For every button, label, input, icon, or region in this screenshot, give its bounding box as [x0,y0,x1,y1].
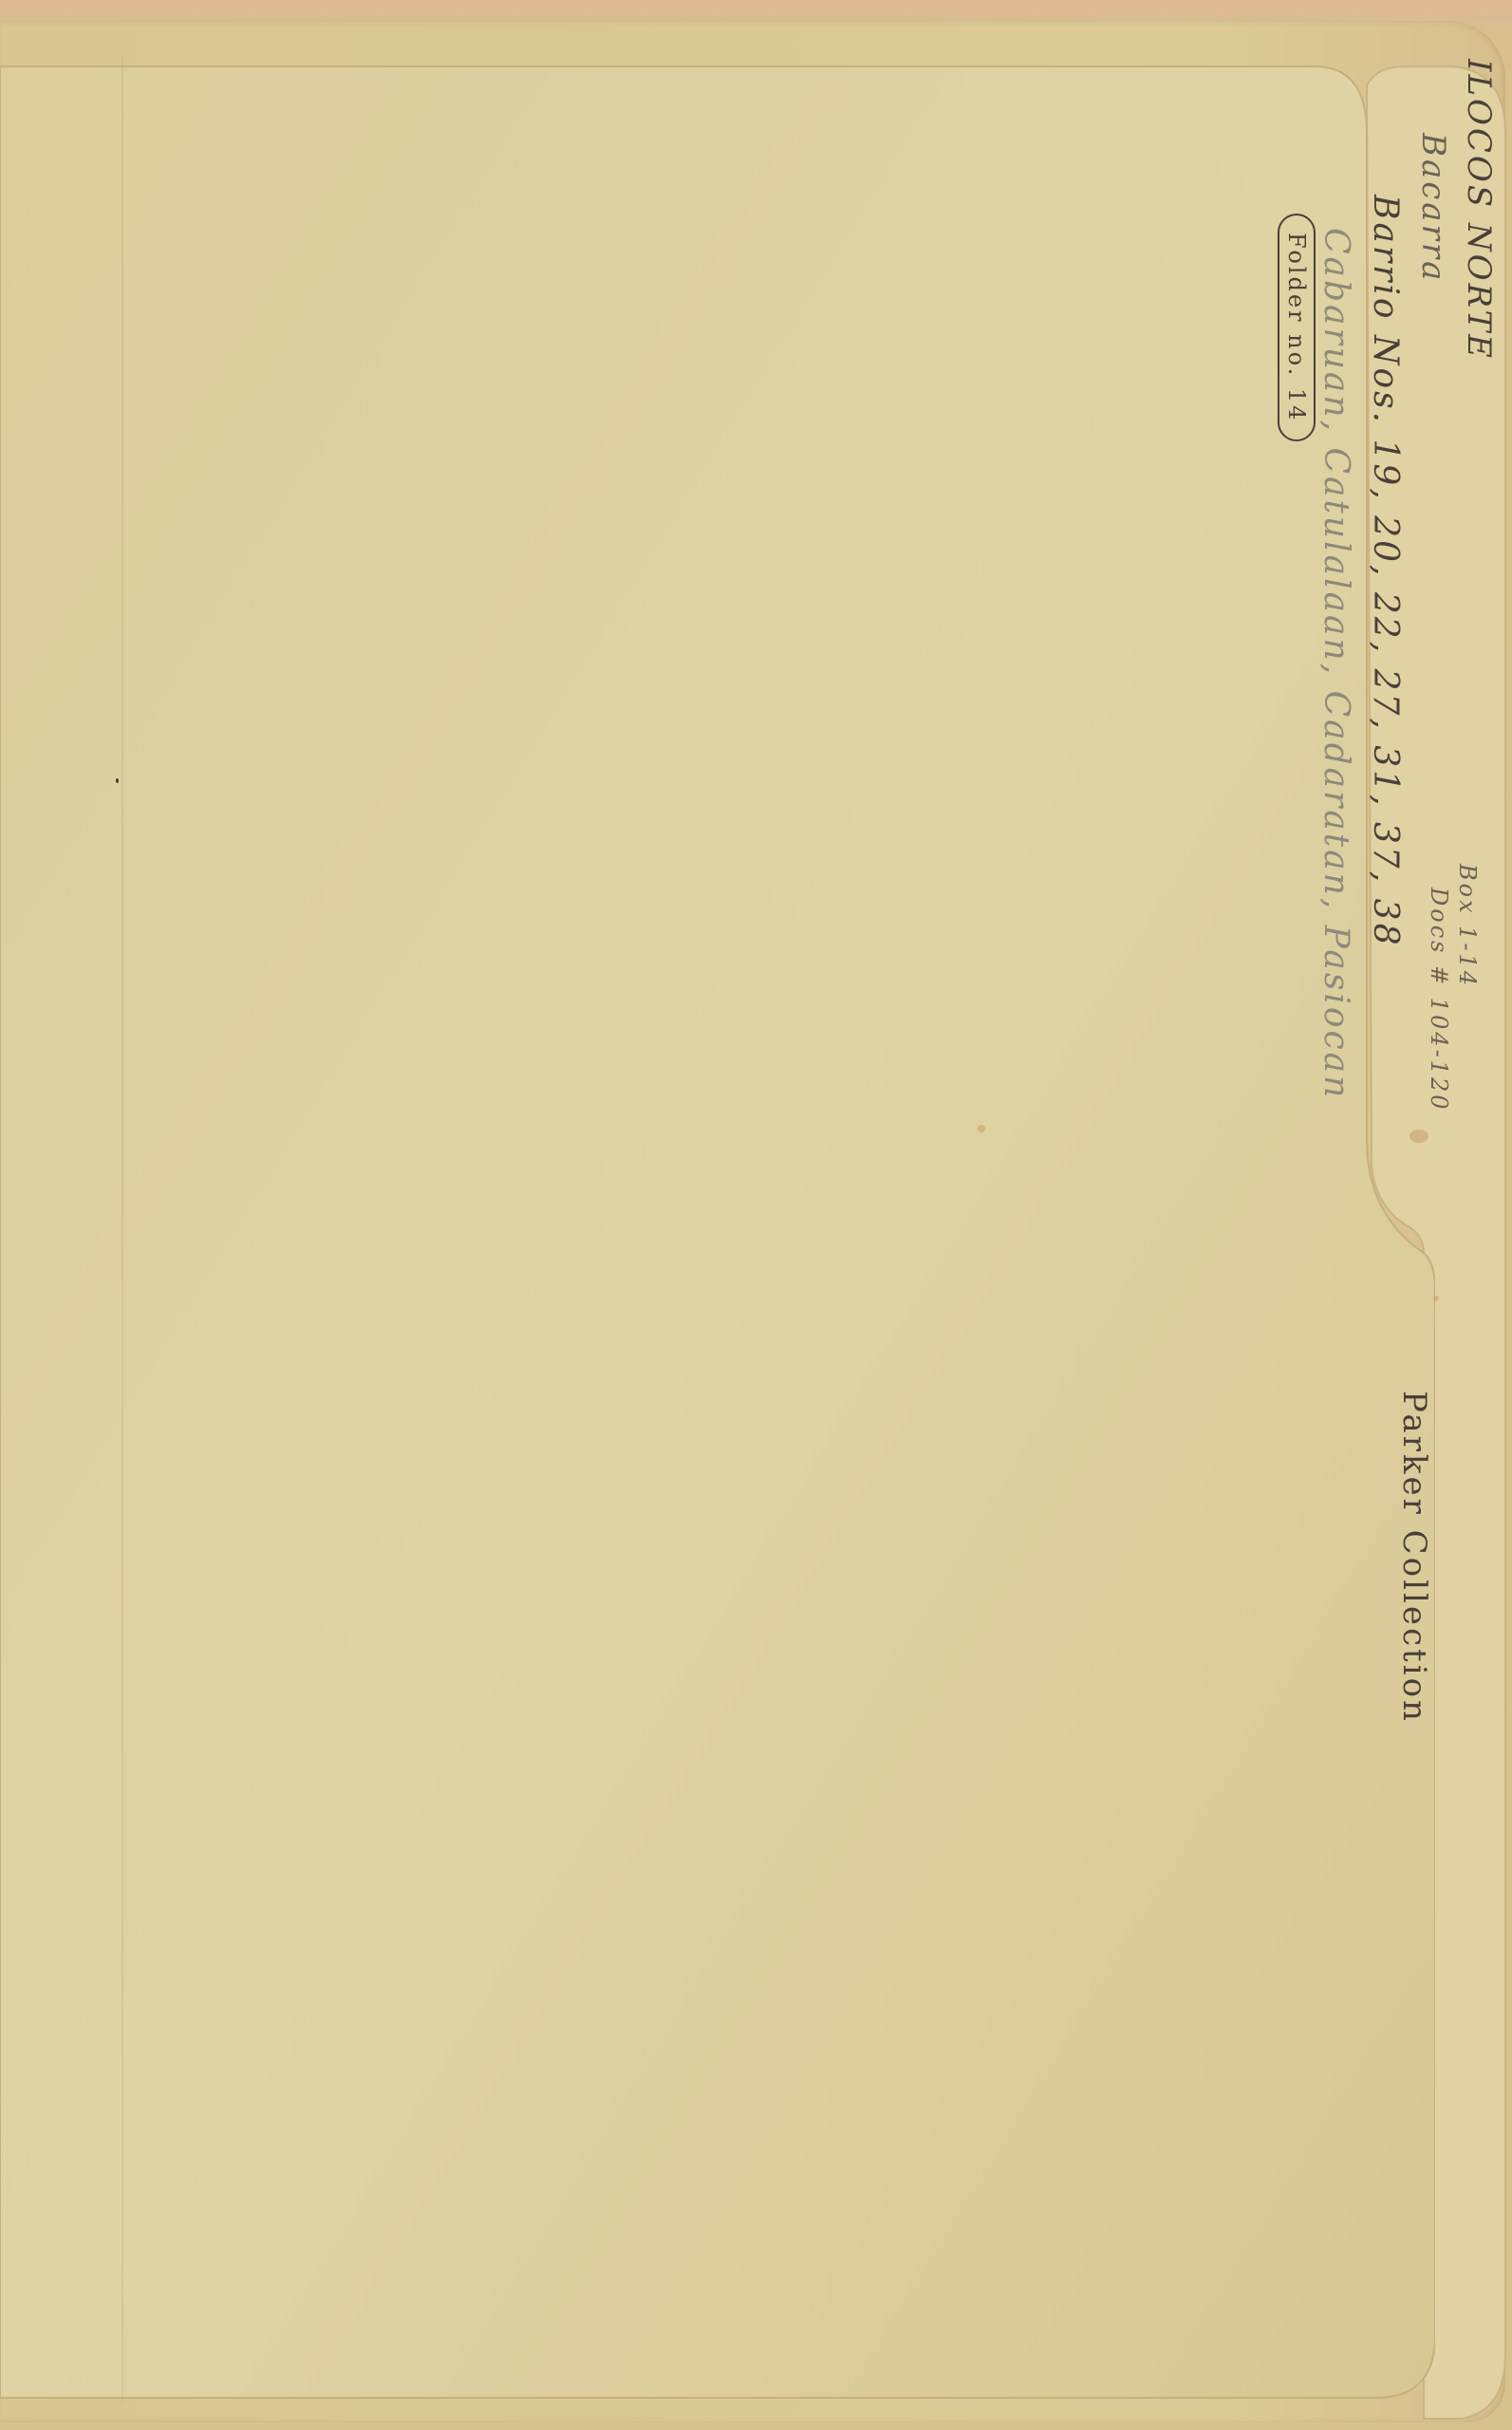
province-label: ILOCOS NORTE [1460,59,1498,361]
fold-crease [121,57,123,2402]
front-folder-panel [0,57,1435,2402]
paper-stain [978,1125,985,1132]
paper-stain [1433,1296,1439,1301]
docs-range-label: Docs # 104-120 [1426,888,1452,1112]
folder-number-label: Folder no. 14 [1278,214,1316,441]
paper-mark [116,778,119,783]
barrio-names-label: Cabaruan, Catulalaan, Cadaratan, Pasioca… [1316,228,1355,1100]
municipality-label: Bacarra [1414,133,1452,283]
box-number-label: Box 1-14 [1454,864,1481,988]
barrio-numbers-label: Barrio Nos. 19, 20, 22, 27, 31, 37, 38 [1366,195,1405,947]
collection-label: Parker Collection [1395,1391,1433,1724]
folder-number-oval: Folder no. 14 [1283,214,1310,441]
paper-stain [1409,1130,1428,1143]
